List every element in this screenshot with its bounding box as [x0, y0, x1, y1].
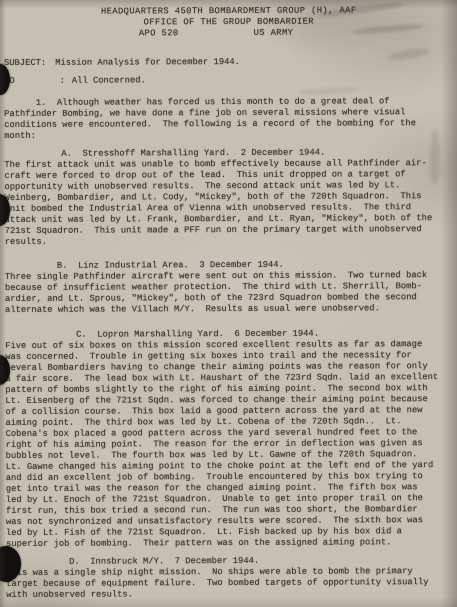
- section-c: C. Lopron Marshalling Yard. 6 December 1…: [5, 328, 456, 550]
- subject-label: SUBJECT:: [4, 58, 46, 69]
- to-text: All Concerned.: [72, 75, 146, 86]
- to-separator: :: [60, 76, 65, 87]
- section-d: D. Innsbruck M/Y. 7 December 1944. This …: [6, 555, 456, 601]
- to-line: TO : All Concerned.: [4, 74, 454, 87]
- section-c-body: Five out of six boxes on this mission sc…: [5, 339, 456, 550]
- subject-line: SUBJECT: Mission Analysis for December 1…: [4, 56, 454, 69]
- paragraph-intro: 1. Although weather has forced us this m…: [4, 96, 454, 142]
- section-a-body: The first attack unit was unable to bomb…: [4, 158, 454, 248]
- subject-text: Mission Analysis for December 1944.: [55, 57, 240, 69]
- letterhead-line3: APO 520 US ARMY: [4, 27, 454, 40]
- section-b-body: Three single Pathfinder aircraft were se…: [5, 270, 455, 316]
- scanned-document-page: HEADQUARTERS 450TH BOMBARDMENT GROUP (H)…: [0, 0, 457, 607]
- section-d-body: This was a single ship night mission. No…: [6, 566, 456, 601]
- section-a: A. Stresshoff Marshalling Yard. 2 Decemb…: [4, 147, 454, 248]
- letterhead: HEADQUARTERS 450TH BOMBARDMENT GROUP (H)…: [4, 5, 454, 40]
- letterhead-branch: US ARMY: [254, 28, 294, 39]
- letterhead-apo: APO 520: [139, 28, 179, 39]
- document-content: HEADQUARTERS 450TH BOMBARDMENT GROUP (H)…: [4, 5, 457, 601]
- section-b: B. Linz Industrial Area. 3 December 1944…: [5, 259, 455, 316]
